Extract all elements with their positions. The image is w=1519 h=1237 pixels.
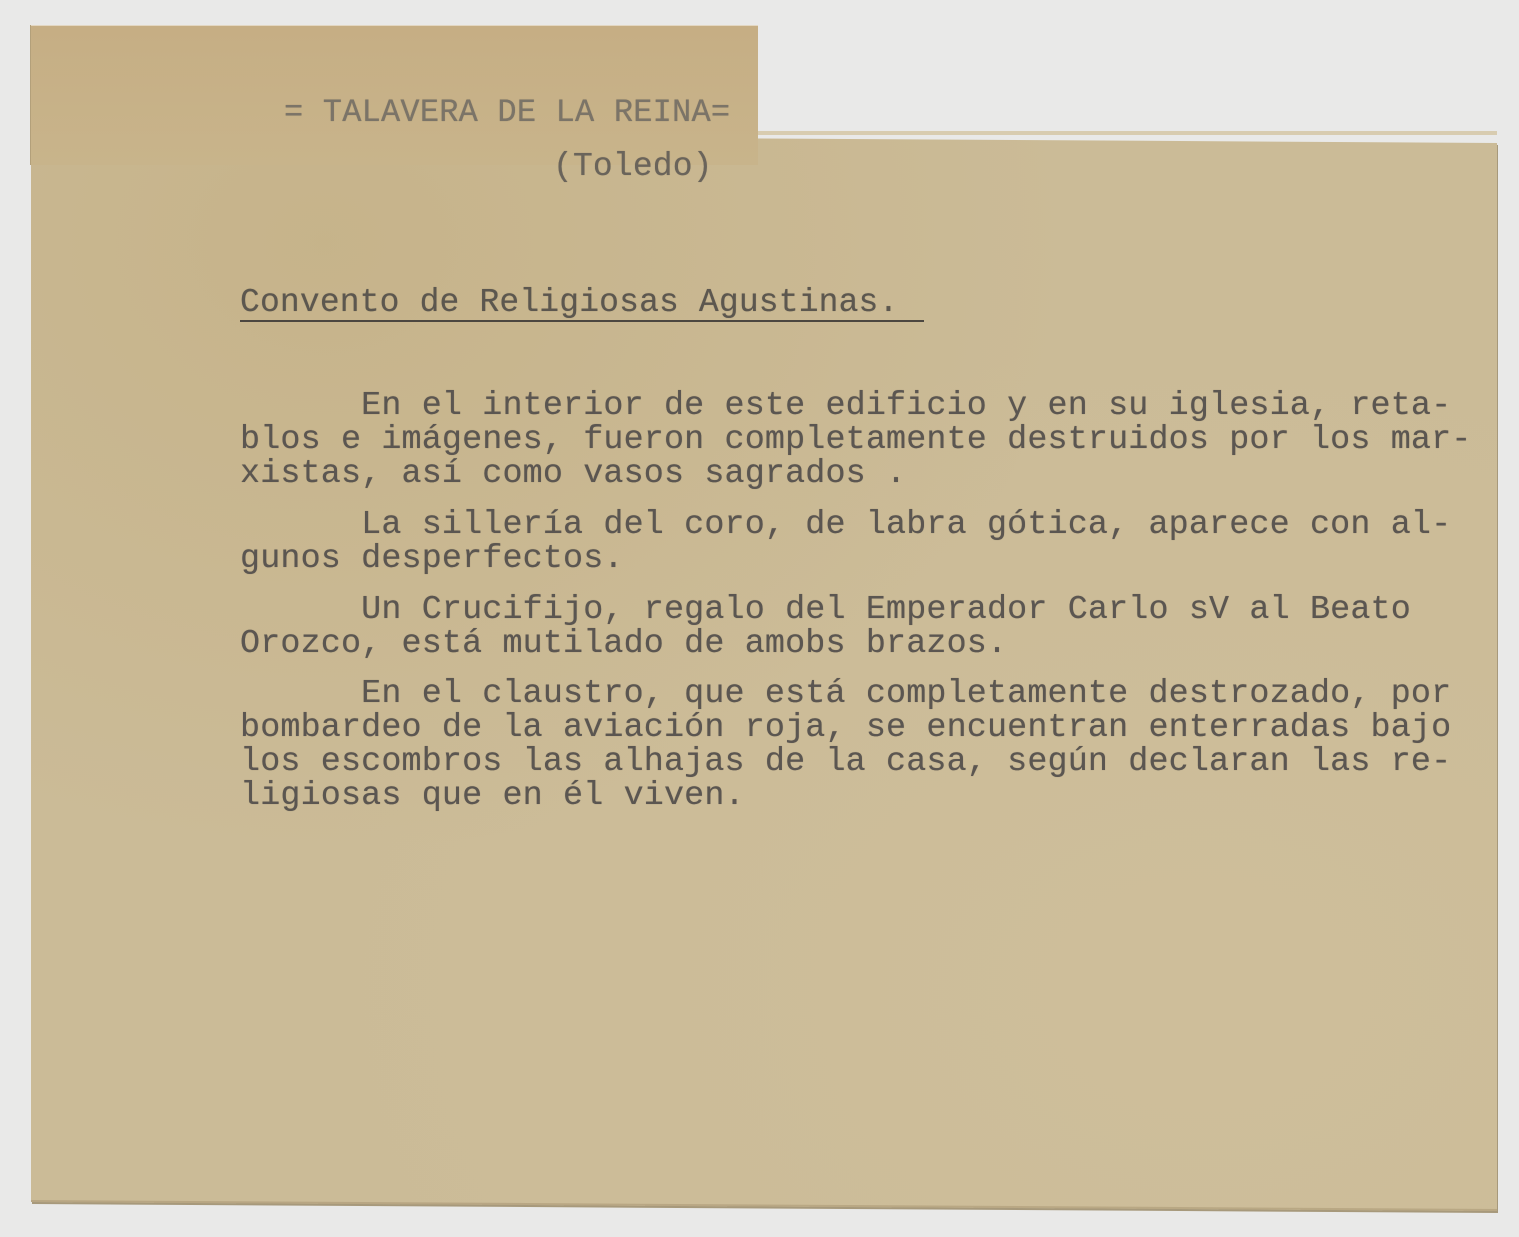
paragraph-line: blos e imágenes, fueron completamente de… — [240, 423, 1471, 457]
paragraph-line: ligiosas que en él viven. — [240, 779, 745, 813]
paragraph-line: xistas, así como vasos sagrados . — [240, 457, 906, 491]
paragraph-line: La sillería del coro, de labra gótica, a… — [240, 508, 1451, 542]
heading-city: = TALAVERA DE LA REINA= — [284, 96, 730, 130]
document-page: = TALAVERA DE LA REINA= (Toledo) Convent… — [0, 0, 1519, 1237]
paragraph-line: Orozco, está mutilado de amobs brazos. — [240, 627, 1007, 661]
paragraph-line: los escombros las alhajas de la casa, se… — [240, 745, 1451, 779]
paragraph-line: En el claustro, que está completamente d… — [240, 677, 1451, 711]
paper-top-edge — [758, 131, 1497, 135]
paragraph-line: Un Crucifijo, regalo del Emperador Carlo… — [240, 593, 1411, 627]
paragraph-line: bombardeo de la aviación roja, se encuen… — [240, 711, 1451, 745]
heading-province: (Toledo) — [553, 150, 713, 184]
section-title: Convento de Religiosas Agustinas. — [240, 286, 898, 320]
paragraph-line: En el interior de este edificio y en su … — [240, 389, 1451, 423]
section-title-underline — [240, 320, 924, 322]
paragraph-line: gunos desperfectos. — [240, 542, 624, 576]
